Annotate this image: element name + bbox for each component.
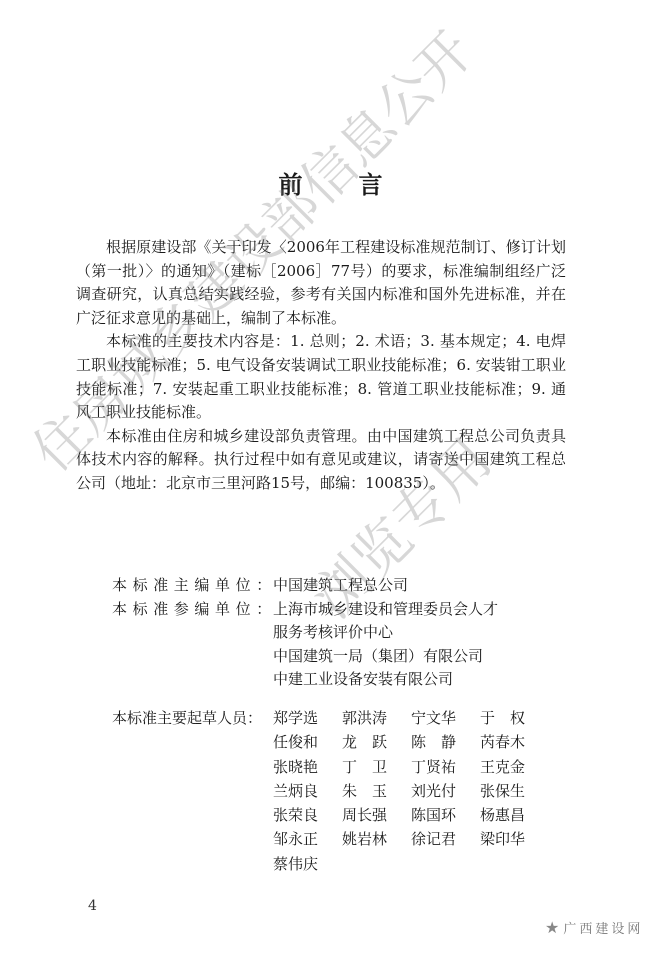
title-char-2: 言 — [359, 165, 383, 200]
drafter-name: 梁印华 — [480, 827, 549, 851]
drafter-name: 芮春木 — [480, 730, 549, 754]
drafter-name: 郑学选 — [273, 706, 342, 730]
drafter-name: 周长强 — [342, 803, 411, 827]
participating-unit-value: 服务考核评价中心 — [273, 621, 498, 645]
chief-unit-label: 本标准主编单位： — [112, 574, 273, 598]
drafter-name: 刘光付 — [411, 779, 480, 803]
participating-unit-label: 本标准参编单位： — [112, 598, 273, 692]
paragraph-contents: 本标准的主要技术内容是：1. 总则；2. 术语；3. 基本规定；4. 电焊工职业… — [76, 330, 566, 424]
logo-text: 广西建设网 — [563, 918, 643, 937]
drafter-name: 于 权 — [480, 706, 549, 730]
drafter-name: 朱 玉 — [342, 779, 411, 803]
participating-unit-value: 上海市城乡建设和管理委员会人才 — [273, 598, 498, 622]
units-section: 本标准主编单位： 中国建筑工程总公司 本标准参编单位： 上海市城乡建设和管理委员… — [112, 574, 498, 692]
drafter-name: 张晓艳 — [273, 755, 342, 779]
drafter-name: 丁贤祐 — [411, 755, 480, 779]
participating-unit-value: 中建工业设备安装有限公司 — [273, 668, 498, 692]
drafter-name: 徐记君 — [411, 827, 480, 851]
chief-unit-value: 中国建筑工程总公司 — [273, 574, 408, 598]
drafter-name: 宁文华 — [411, 706, 480, 730]
drafters-label: 本标准主要起草人员： — [112, 706, 273, 876]
document-page: 前言 根据原建设部《关于印发〈2006年工程建设标准规范制订、修订计划（第一批）… — [0, 0, 661, 958]
drafter-name: 王克金 — [480, 755, 549, 779]
drafter-name: 龙 跃 — [342, 730, 411, 754]
page-number: 4 — [88, 898, 97, 914]
preface-body: 根据原建设部《关于印发〈2006年工程建设标准规范制订、修订计划（第一批）〉的通… — [76, 236, 566, 496]
participating-unit-value: 中国建筑一局（集团）有限公司 — [273, 645, 498, 669]
chief-unit-row: 本标准主编单位： 中国建筑工程总公司 — [112, 574, 498, 598]
drafter-name: 张荣良 — [273, 803, 342, 827]
page-title: 前言 — [0, 165, 661, 200]
paragraph-management: 本标准由住房和城乡建设部负责管理。由中国建筑工程总公司负责具体技术内容的解释。执… — [76, 425, 566, 496]
site-logo: ★ 广西建设网 — [545, 918, 643, 937]
drafter-name: 丁 卫 — [342, 755, 411, 779]
drafter-name: 蔡伟庆 — [273, 852, 342, 876]
drafter-name: 姚岩林 — [342, 827, 411, 851]
title-char-1: 前 — [279, 165, 303, 200]
drafters-names: 郑学选 郭洪涛 宁文华 于 权 任俊和 龙 跃 陈 静 芮春木 张晓艳 丁 卫 … — [273, 706, 549, 876]
paragraph-background: 根据原建设部《关于印发〈2006年工程建设标准规范制订、修订计划（第一批）〉的通… — [76, 236, 566, 330]
drafters-section: 本标准主要起草人员： 郑学选 郭洪涛 宁文华 于 权 任俊和 龙 跃 陈 静 芮… — [112, 706, 549, 876]
star-logo-icon: ★ — [545, 918, 559, 937]
drafter-name: 兰炳良 — [273, 779, 342, 803]
drafter-name: 张保生 — [480, 779, 549, 803]
drafter-name: 陈 静 — [411, 730, 480, 754]
participating-unit-row: 本标准参编单位： 上海市城乡建设和管理委员会人才 服务考核评价中心 中国建筑一局… — [112, 598, 498, 692]
drafter-name: 杨惠昌 — [480, 803, 549, 827]
drafter-name: 邹永正 — [273, 827, 342, 851]
drafter-name: 郭洪涛 — [342, 706, 411, 730]
drafter-name: 任俊和 — [273, 730, 342, 754]
drafter-name: 陈国环 — [411, 803, 480, 827]
